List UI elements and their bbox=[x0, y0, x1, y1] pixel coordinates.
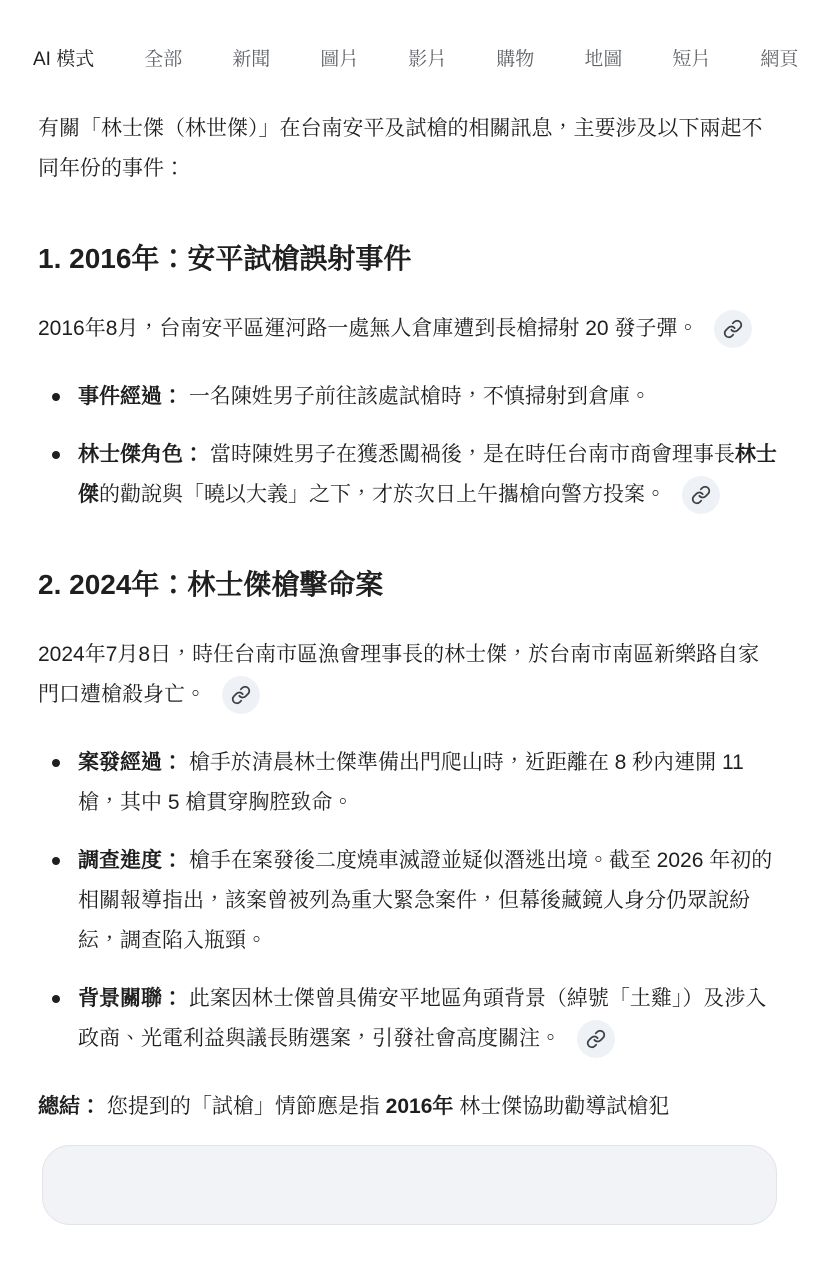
bullet-item: 背景關聯： 此案因林士傑曾具備安平地區角頭背景（綽號「土雞」）及涉入政商、光電利… bbox=[38, 979, 780, 1059]
bullet-item: 調查進度： 槍手在案發後二度燒車滅證並疑似潛逃出境。截至 2026 年初的相關報… bbox=[38, 841, 780, 961]
bold-text-run: 案發經過： bbox=[78, 751, 183, 774]
text-run: 2024年7月8日，時任台南市區漁會理事長的林士傑，於台南市南區新樂路自家門口遭… bbox=[38, 643, 759, 706]
bullet-item: 林士傑角色： 當時陳姓男子在獲悉闖禍後，是在時任台南市商會理事長林士傑的勸說與「… bbox=[38, 435, 780, 515]
text-run: 一名陳姓男子前往該處試槍時，不慎掃射到倉庫。 bbox=[183, 385, 651, 408]
bold-text-run: 2016年 bbox=[386, 1095, 454, 1118]
intro-text: 有關「林士傑（林世傑）」在台南安平及試槍的相關訊息，主要涉及以下兩起不同年份的事… bbox=[38, 109, 780, 189]
text-run: 林士傑協助勸導試槍犯 bbox=[453, 1095, 669, 1118]
section-heading-2: 2. 2024年：林士傑槍擊命案 bbox=[38, 567, 780, 603]
tab-shopping[interactable]: 購物 bbox=[496, 44, 534, 71]
answer-sections: 1. 2016年：安平試槍誤射事件2016年8月，台南安平區運河路一處無人倉庫遭… bbox=[38, 241, 780, 1059]
tab-news[interactable]: 新聞 bbox=[232, 44, 270, 71]
text-run: 2016年8月，台南安平區運河路一處無人倉庫遭到長槍掃射 20 發子彈。 bbox=[38, 317, 698, 340]
search-tabs: AI 模式全部新聞圖片影片購物地圖短片網頁 bbox=[0, 0, 818, 71]
text-run: 當時陳姓男子在獲悉闖禍後，是在時任台南市商會理事長 bbox=[204, 443, 735, 466]
followup-input-box[interactable] bbox=[42, 1145, 777, 1225]
bullet-item: 事件經過： 一名陳姓男子前往該處試槍時，不慎掃射到倉庫。 bbox=[38, 377, 780, 417]
bold-text-run: 調查進度： bbox=[78, 849, 183, 872]
summary-text: 總結： 您提到的「試槍」情節應是指 2016年 林士傑協助勸導試槍犯 bbox=[38, 1087, 780, 1127]
text-run: 您提到的「試槍」情節應是指 bbox=[101, 1095, 386, 1118]
ai-answer: 有關「林士傑（林世傑）」在台南安平及試槍的相關訊息，主要涉及以下兩起不同年份的事… bbox=[38, 109, 780, 1225]
link-citation-icon[interactable] bbox=[577, 1020, 615, 1058]
bold-text-run: 林士傑角色： bbox=[78, 443, 204, 466]
tab-ai-mode[interactable]: AI 模式 bbox=[33, 44, 94, 71]
bold-text-run: 背景關聯： bbox=[78, 987, 183, 1010]
bullet-list: 事件經過： 一名陳姓男子前往該處試槍時，不慎掃射到倉庫。林士傑角色： 當時陳姓男… bbox=[38, 377, 780, 515]
link-citation-icon[interactable] bbox=[714, 310, 752, 348]
section-paragraph: 2024年7月8日，時任台南市區漁會理事長的林士傑，於台南市南區新樂路自家門口遭… bbox=[38, 635, 780, 715]
bold-text-run: 總結： bbox=[38, 1095, 101, 1118]
bullet-list: 案發經過： 槍手於清晨林士傑準備出門爬山時，近距離在 8 秒內連開 11 槍，其… bbox=[38, 743, 780, 1059]
tab-all[interactable]: 全部 bbox=[144, 44, 182, 71]
section-paragraph: 2016年8月，台南安平區運河路一處無人倉庫遭到長槍掃射 20 發子彈。 bbox=[38, 309, 780, 349]
text-run: 的勸說與「曉以大義」之下，才於次日上午攜槍向警方投案。 bbox=[99, 483, 666, 506]
tab-short-videos[interactable]: 短片 bbox=[672, 44, 710, 71]
text-run: 槍手在案發後二度燒車滅證並疑似潛逃出境。截至 2026 年初的相關報導指出，該案… bbox=[78, 849, 772, 952]
section-heading-1: 1. 2016年：安平試槍誤射事件 bbox=[38, 241, 780, 277]
tab-web[interactable]: 網頁 bbox=[760, 44, 798, 71]
link-citation-icon[interactable] bbox=[222, 676, 260, 714]
tab-images[interactable]: 圖片 bbox=[320, 44, 358, 71]
link-citation-icon[interactable] bbox=[682, 476, 720, 514]
bold-text-run: 事件經過： bbox=[78, 385, 183, 408]
bullet-item: 案發經過： 槍手於清晨林士傑準備出門爬山時，近距離在 8 秒內連開 11 槍，其… bbox=[38, 743, 780, 823]
tab-videos[interactable]: 影片 bbox=[408, 44, 446, 71]
tab-maps[interactable]: 地圖 bbox=[584, 44, 622, 71]
